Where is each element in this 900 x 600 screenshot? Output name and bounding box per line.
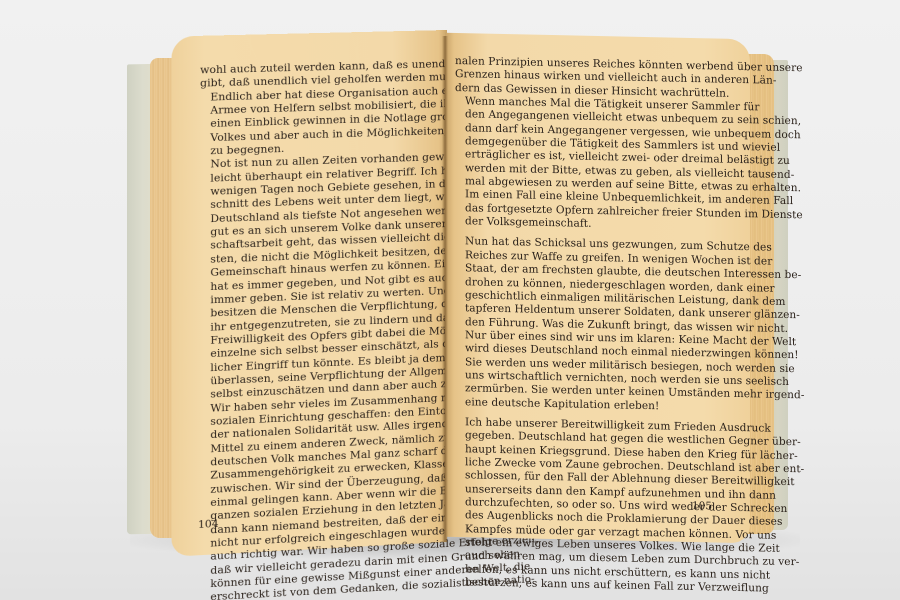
paragraph: Ich habe unserer Bereitwilligkeit zum Fr…	[455, 416, 731, 595]
paragraph: Wenn manches Mal die Tätigkeit unserer S…	[455, 95, 731, 234]
left-page: wohl auch zuteil werden kann, daß es une…	[171, 30, 447, 557]
right-page: nalen Prinzipien unseres Reiches könnten…	[445, 33, 750, 543]
paragraph: Wir haben sehr vieles im Zusammenhang mi…	[200, 392, 441, 600]
paragraph: Nun hat das Schicksal uns gezwungen, zum…	[455, 235, 731, 414]
paragraph: Not ist nun zu allen Zeiten vorhanden ge…	[200, 152, 441, 403]
left-page-text: wohl auch zuteil werden kann, daß es une…	[200, 58, 441, 600]
book-gutter	[442, 36, 448, 542]
page-number-left: 104	[198, 518, 219, 531]
paragraph: Endlich aber hat diese Organisation auch…	[200, 85, 441, 159]
page-number-right: 105	[692, 500, 712, 512]
paragraph: nalen Prinzipien unseres Reiches könnten…	[455, 55, 731, 101]
right-page-text: nalen Prinzipien unseres Reiches könnten…	[455, 55, 731, 595]
